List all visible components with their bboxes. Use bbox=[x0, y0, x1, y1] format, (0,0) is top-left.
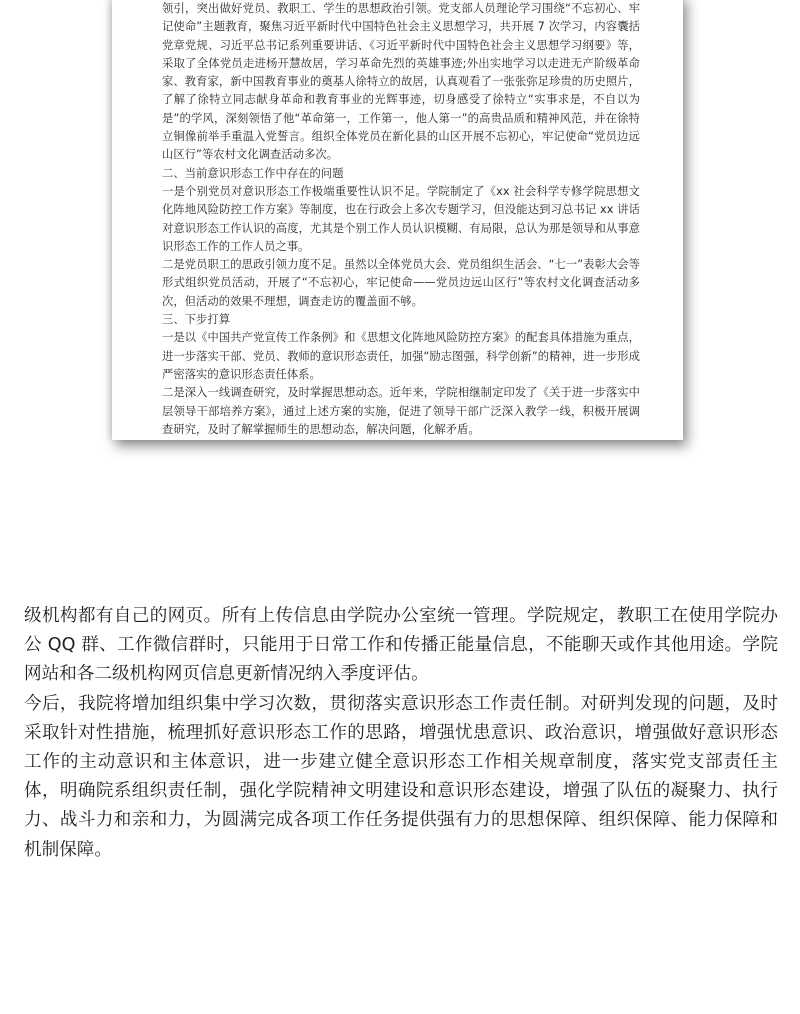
section-heading-next-steps: 三、下步打算 bbox=[162, 311, 640, 329]
scanned-page-text: 领引，突出做好党员、教职工、学生的思想政治引领。党支部人员理论学习围绕“不忘初心… bbox=[162, 0, 640, 440]
paragraph-problem-one: 一是个别党员对意识形态工作极端重要性认识不足。学院制定了《xx 社会科学专修学院… bbox=[162, 183, 640, 256]
paragraph-problem-two: 二是党员职工的思政引领力度不足。虽然以全体党员大会、党员组织生活会、“七一”表彰… bbox=[162, 256, 640, 311]
paragraph-new-media: 级机构都有自己的网页。所有上传信息由学院办公室统一管理。学院规定，教职工在使用学… bbox=[24, 602, 778, 690]
paragraph-party-study: 领引，突出做好党员、教职工、学生的思想政治引领。党支部人员理论学习围绕“不忘初心… bbox=[162, 0, 640, 165]
scanned-page-area: 领引，突出做好党员、教职工、学生的思想政治引领。党支部人员理论学习围绕“不忘初心… bbox=[0, 0, 800, 470]
section-heading-problems: 二、当前意识形态工作中存在的问题 bbox=[162, 165, 640, 183]
paragraph-plan-three: 三是进一步管理用好新媒体，积极传播正能量。学院建有 xx 社会科学专修学院官网，… bbox=[162, 439, 640, 440]
paragraph-conclusion: 今后，我院将增加组织集中学习次数，贯彻落实意识形态工作责任制。对研判发现的问题，… bbox=[24, 690, 778, 865]
paragraph-plan-one: 一是以《中国共产党宣传工作条例》和《思想文化阵地风险防控方案》的配套具体措施为重… bbox=[162, 329, 640, 384]
scanned-document-page: 领引，突出做好党员、教职工、学生的思想政治引领。党支部人员理论学习围绕“不忘初心… bbox=[112, 0, 683, 440]
paragraph-plan-two: 二是深入一线调查研究，及时掌握思想动态。近年来，学院相继制定印发了《关于进一步落… bbox=[162, 384, 640, 439]
continuation-text: 级机构都有自己的网页。所有上传信息由学院办公室统一管理。学院规定，教职工在使用学… bbox=[24, 602, 778, 865]
